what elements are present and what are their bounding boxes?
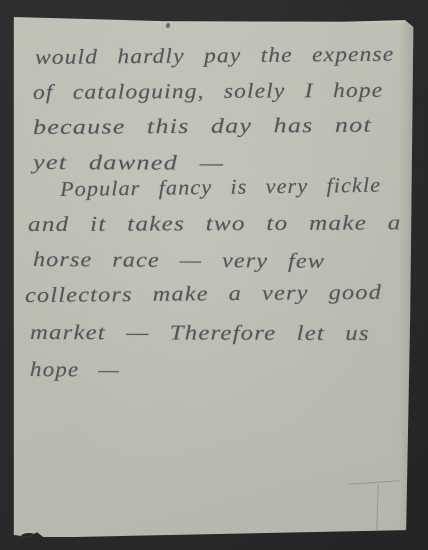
letter-page: would hardly pay the expense of catalogu… bbox=[13, 16, 415, 538]
handwriting-line: collectors make a very good bbox=[25, 277, 382, 310]
handwriting-line: market — Therefore let us bbox=[30, 317, 370, 348]
handwriting-line: hope — bbox=[30, 354, 120, 385]
handwriting-line: of cataloguing, solely I hope bbox=[33, 75, 383, 107]
handwriting-line: would hardly pay the expense bbox=[35, 39, 395, 72]
handwriting-line: and it takes two to make a bbox=[28, 207, 402, 239]
handwriting-block: would hardly pay the expense of catalogu… bbox=[13, 16, 415, 538]
handwriting-line: Popular fancy is very fickle bbox=[60, 170, 382, 204]
handwriting-line: horse race — very few bbox=[33, 244, 325, 276]
handwriting-line: because this day has not bbox=[33, 110, 372, 142]
photo-background: would hardly pay the expense of catalogu… bbox=[0, 0, 428, 550]
paper-edge-notch bbox=[21, 533, 37, 540]
